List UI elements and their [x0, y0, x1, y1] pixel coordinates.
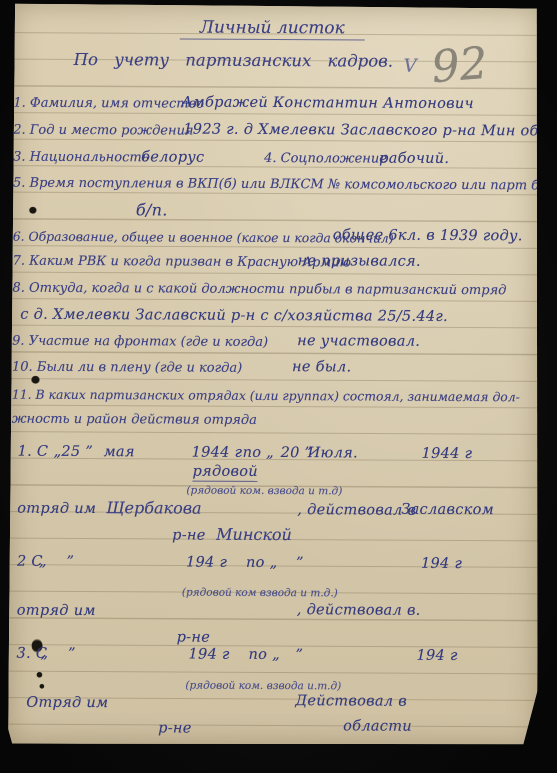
entry-from-day: „ ” [40, 646, 75, 662]
entry-district-label: р-не [158, 720, 192, 736]
entry-to-year: 194 г [416, 648, 457, 664]
document-scan: Личный листок По учету партизанских кадр… [0, 0, 557, 773]
entry-from-year: 194 г [188, 647, 229, 663]
entry-acted-label: Действовал в [295, 693, 407, 710]
entry-unit-label: Отряд им [26, 695, 108, 711]
paper-sheet: Личный листок По учету партизанских кадр… [8, 4, 541, 747]
service-entry-3: 3. С „ ” 194 г по „ ” 194 г (рядовой ком… [8, 4, 541, 747]
entry-region-label: области [343, 718, 412, 734]
entry-to-day: ” [295, 647, 303, 663]
entry-position-hint: (рядовой ком. взвода и.т.д) [185, 680, 341, 693]
entry-po: по „ [248, 647, 279, 663]
